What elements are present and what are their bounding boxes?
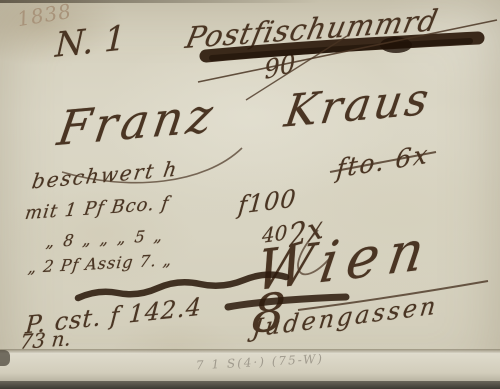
paper-edge-notch	[0, 350, 10, 366]
postage-big-digit: 8	[250, 283, 287, 346]
letter-scan: 1838 N. 1 Postfischummrd 90 Franz Kraus …	[0, 0, 500, 389]
scan-background-edge	[0, 381, 500, 389]
number-label: N. 1	[54, 18, 126, 66]
